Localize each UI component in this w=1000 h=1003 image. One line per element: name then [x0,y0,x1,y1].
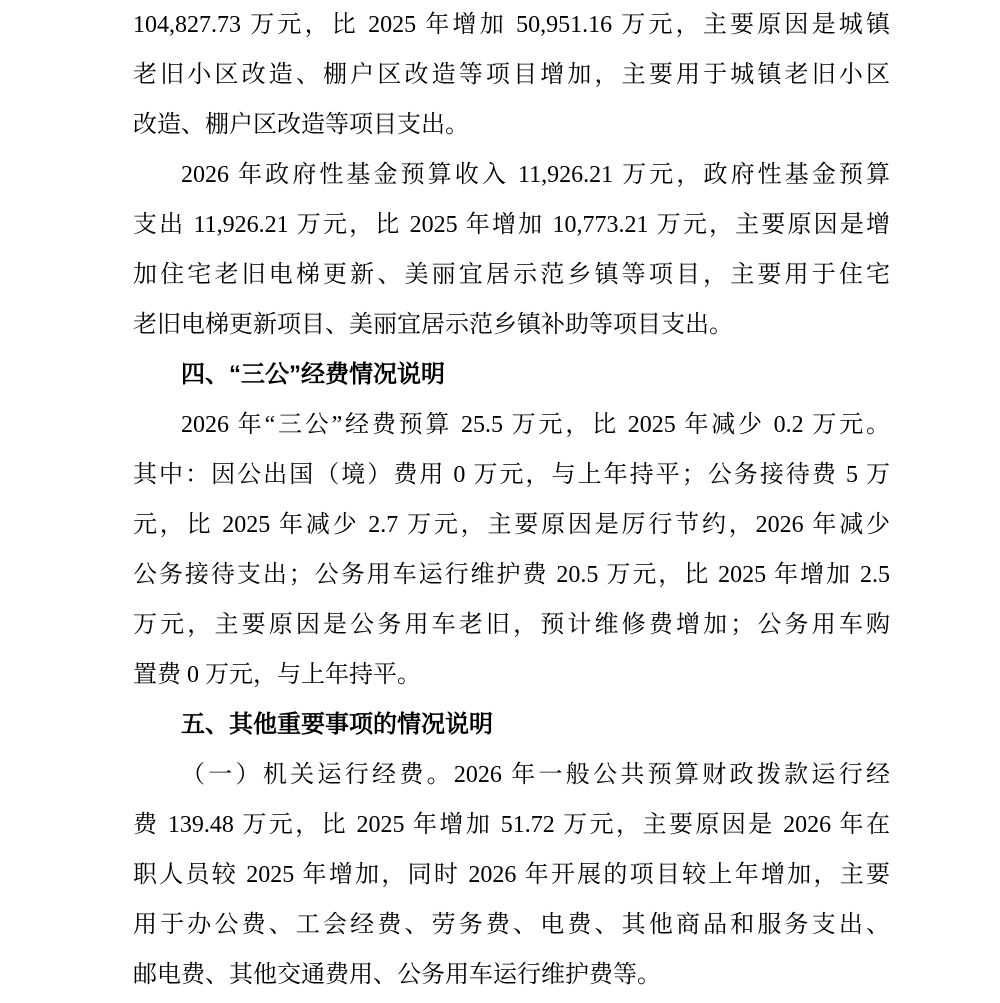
text-line-paragraph-end: 改造、棚户区改造等项目支出。 [133,100,890,150]
text-line-paragraph-start: 2026 年政府性基金预算收入 11,926.21 万元，政府性基金预算 [133,150,890,200]
budget-report-page: 104,827.73 万元，比 2025 年增加 50,951.16 万元，主要… [0,0,1000,1003]
text-line: 职人员较 2025 年增加，同时 2026 年开展的项目较上年增加，主要 [133,850,890,900]
text-line: 老旧小区改造、棚户区改造等项目增加，主要用于城镇老旧小区 [133,50,890,100]
text-line-paragraph-end: 置费 0 万元，与上年持平。 [133,650,890,700]
text-line: 万元，主要原因是公务用车老旧，预计维修费增加；公务用车购 [133,600,890,650]
section-heading-other-important-matters: 五、其他重要事项的情况说明 [133,700,890,750]
text-line: 支出 11,926.21 万元，比 2025 年增加 10,773.21 万元，… [133,200,890,250]
text-line: 用于办公费、工会经费、劳务费、电费、其他商品和服务支出、 [133,900,890,950]
text-line-paragraph-end: 邮电费、其他交通费用、公务用车运行维护费等。 [133,950,890,1000]
text-line-paragraph-start: （一）机关运行经费。2026 年一般公共预算财政拨款运行经 [133,750,890,800]
text-line: 费 139.48 万元，比 2025 年增加 51.72 万元，主要原因是 20… [133,800,890,850]
text-line: 其中：因公出国（境）费用 0 万元，与上年持平；公务接待费 5 万 [133,450,890,500]
section-heading-sangong-expenses: 四、“三公”经费情况说明 [133,350,890,400]
text-line: 元，比 2025 年减少 2.7 万元，主要原因是厉行节约，2026 年减少 [133,500,890,550]
text-line: 公务接待支出；公务用车运行维护费 20.5 万元，比 2025 年增加 2.5 [133,550,890,600]
text-line: 104,827.73 万元，比 2025 年增加 50,951.16 万元，主要… [133,0,890,50]
text-line-paragraph-start: 2026 年“三公”经费预算 25.5 万元，比 2025 年减少 0.2 万元… [133,400,890,450]
text-line-paragraph-end: 老旧电梯更新项目、美丽宜居示范乡镇补助等项目支出。 [133,300,890,350]
text-line: 加住宅老旧电梯更新、美丽宜居示范乡镇等项目，主要用于住宅 [133,250,890,300]
